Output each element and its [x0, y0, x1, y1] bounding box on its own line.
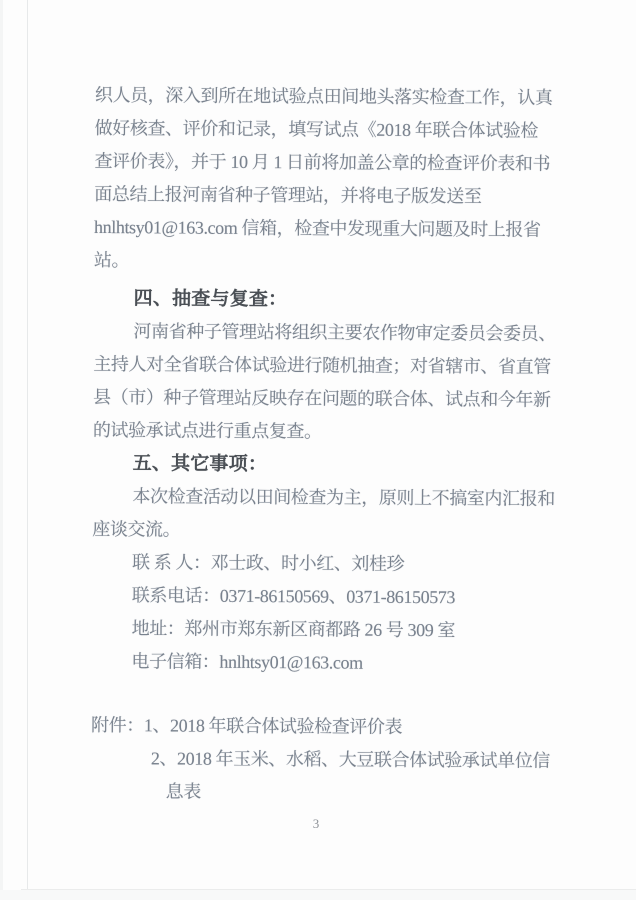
body-line: 面总结上报河南省种子管理站，并将电子版发送至 [94, 178, 549, 214]
contact-address-line: 地址：郑州市郑东新区商都路 26 号 309 室 [92, 612, 547, 648]
paragraph-spot-check: 河南省种子管理站将组织主要农作物审定委员会委员、 主持人对全省联合体试验进行随机… [93, 315, 549, 450]
scan-page-left-border [27, 0, 28, 889]
page-number: 3 [306, 816, 326, 832]
attachment-item-2-wrap: 息表 [91, 775, 546, 811]
body-line: 织人员，深入到所在地试验点田间地头落实检查工作，认真 [95, 79, 550, 115]
scan-bed-bottom-strip [0, 890, 636, 900]
body-line: 的试验承试点进行重点复查。 [93, 414, 548, 450]
body-line: 主持人对全省联合体试验进行随机抽查；对省辖市、省直管 [93, 348, 548, 384]
body-line: 站。 [94, 244, 549, 280]
paragraph-other-matters: 本次检查活动以田间检查为主，原则上不搞室内汇报和 座谈交流。 [92, 480, 547, 549]
body-line: 本次检查活动以田间检查为主，原则上不搞室内汇报和 [92, 480, 547, 516]
contact-email-line: 电子信箱：hnlhtsy01@163.com [91, 645, 546, 681]
document-body: 织人员，深入到所在地试验点田间地头落实检查工作，认真 做好核查、评价和记录，填写… [91, 79, 550, 811]
attachment-item-1: 附件：1、2018 年联合体试验检查评价表 [91, 709, 546, 745]
contact-person-line: 联 系 人：邓士政、时小红、刘桂珍 [92, 546, 547, 582]
attachment-item-2: 2、2018 年玉米、水稻、大豆联合体试验承试单位信 [91, 742, 546, 778]
scan-left-edge-shadow [0, 0, 3, 900]
paragraph-continuation: 织人员，深入到所在地试验点田间地头落实检查工作，认真 做好核查、评价和记录，填写… [94, 79, 550, 280]
body-line: 做好核查、评价和记录，填写试点《2018 年联合体试验检 [95, 112, 550, 148]
attachments-list: 附件：1、2018 年联合体试验检查评价表 2、2018 年玉米、水稻、大豆联合… [91, 709, 547, 811]
contact-phone-line: 联系电话：0371-86150569、0371-86150573 [92, 579, 547, 615]
body-line: 座谈交流。 [92, 513, 547, 549]
section-heading-spot-check: 四、抽查与复查： [94, 282, 549, 318]
body-line-email: hnlhtsy01@163.com 信箱，检查中发现重大问题及时上报省 [94, 211, 549, 247]
body-line: 河南省种子管理站将组织主要农作物审定委员会委员、 [93, 315, 548, 351]
body-line: 查评价表》，并于 10 月 1 日前将加盖公章的检查评价表和书 [94, 145, 549, 181]
contact-info: 联 系 人：邓士政、时小红、刘桂珍 联系电话：0371-86150569、037… [91, 546, 547, 681]
body-line: 县（市）种子管理站反映存在问题的联合体、试点和今年新 [93, 381, 548, 417]
section-heading-other-matters: 五、其它事项： [93, 447, 548, 483]
